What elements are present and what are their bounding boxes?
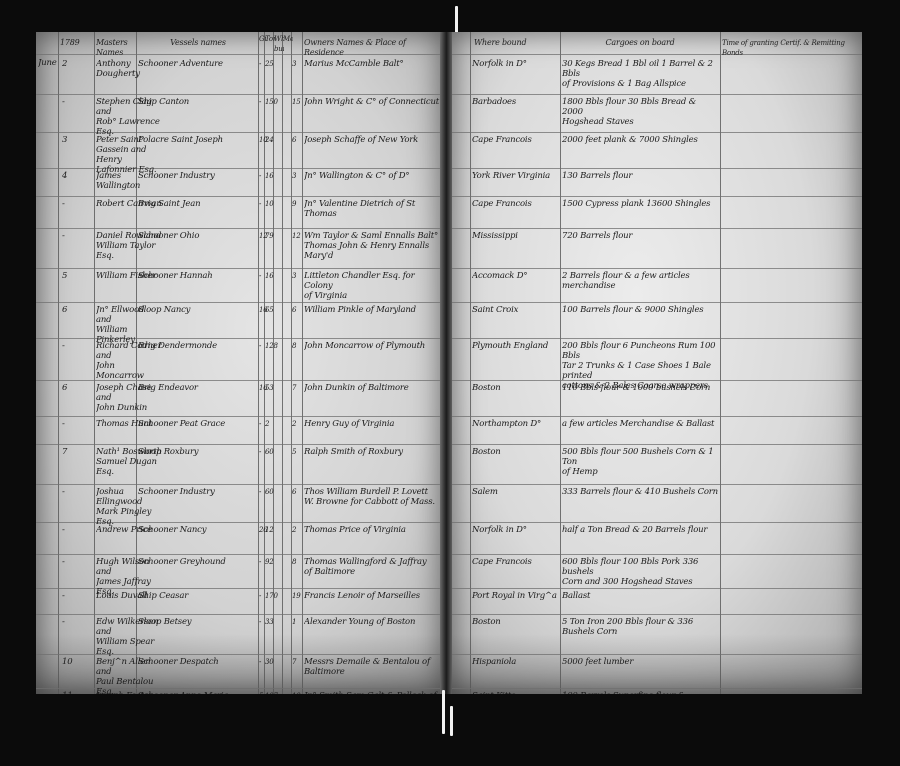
where-bound-value: Cape Francois [472,557,560,567]
tons-value: 150 [265,97,279,107]
row-rule [452,416,862,417]
entry-day: - [62,525,92,535]
tons-value: 16 [265,271,279,281]
where-bound-value: Mississippi [472,231,560,241]
tons-value: 53 [265,383,279,393]
where-bound-value: Boston [472,447,560,457]
vessel-name: Polacre Saint Joseph [138,135,256,145]
where-bound-value: Salem [472,487,560,497]
vessel-name: Brig Saint Jean [138,199,256,209]
where-bound-value: Plymouth England [472,341,560,351]
men-value: 10 [292,691,302,694]
vessel-name: Sloop Roxbury [138,447,256,457]
row-rule [452,132,862,133]
men-value: 2 [292,419,302,429]
where-bound-value: Barbadoes [472,97,560,107]
vessel-name: Ship Ceasar [138,591,256,601]
owners-value: Thomas Price of Virginia [304,525,440,535]
row-rule [452,94,862,95]
header-where-bound: Where bound [474,38,560,48]
men-value: 15 [292,97,302,107]
row-rule [452,588,862,589]
row-rule [36,484,442,485]
row-rule [452,554,862,555]
vessel-name: Schooner Adventure [138,59,256,69]
month-label: June [38,58,58,68]
where-bound-value: Boston [472,383,560,393]
header-men: Men [283,34,293,44]
men-value: 3 [292,59,302,69]
row-rule [452,522,862,523]
men-value: 8 [292,557,302,567]
row-rule [452,228,862,229]
where-bound-value: York River Virginia [472,171,560,181]
owners-value: Marius McCamble Balt° [304,59,440,69]
entry-day: - [62,487,92,497]
vessel-name: Schooner Peat Grace [138,419,256,429]
header-vessels-names: Vessels names [140,38,256,48]
men-value: 3 [292,171,302,181]
men-value: 9 [292,199,302,209]
tons-value: 12 [265,525,279,535]
row-rule [36,196,442,197]
tons-value: 65 [265,305,279,315]
entry-day: - [62,199,92,209]
tons-value: 92 [265,557,279,567]
where-bound-value: Boston [472,617,560,627]
tons-value: 16 [265,171,279,181]
vessel-name: Schooner Hannah [138,271,256,281]
header-owners: Owners Names & Place of Residence [304,38,440,58]
men-value: 5 [292,447,302,457]
where-bound-value: Cape Francois [472,135,560,145]
vessel-name: Schooner Despatch [138,657,256,667]
row-rule [452,302,862,303]
men-value: 3 [292,271,302,281]
tons-value: 60 [265,447,279,457]
where-bound-value: Saint Croix [472,305,560,315]
entry-day: - [62,591,92,601]
men-value: 7 [292,657,302,667]
cargo-value: half a Ton Bread & 20 Barrels flour [562,525,718,535]
page-clip-top [455,6,458,34]
tons-value: 79 [265,231,279,241]
cargo-value: 1500 Cypress plank 13600 Shingles [562,199,718,209]
tons-value: 30 [265,657,279,667]
vessel-name: Schooner Nancy [138,525,256,535]
owners-value: Jn° Valentine Dietrich of St Thomas [304,199,440,219]
cargo-value: 2000 feet plank & 7000 Shingles [562,135,718,145]
row-rule [452,168,862,169]
where-bound-value: Northampton D° [472,419,560,429]
cargo-value: 333 Barrels flour & 410 Bushels Corn [562,487,718,497]
row-rule [36,554,442,555]
owners-value: Jn° Smith Sam Galt & Pollock of Balt° [304,691,440,694]
header-masters-names: Masters Names [96,38,136,58]
owners-value: John Wright & C° of Connecticut [304,97,440,107]
cargo-value: 500 Bbls flour 500 Bushels Corn & 1 Ton … [562,447,718,477]
row-rule [452,268,862,269]
owners-value: Francis Lenoir of Marseilles [304,591,440,601]
owners-value: John Dunkin of Baltimore [304,383,440,393]
where-bound-value: Norfolk in D° [472,59,560,69]
vessel-name: Sloop Betsey [138,617,256,627]
row-rule [452,484,862,485]
entry-day: - [62,557,92,567]
row-rule [36,614,442,615]
cargo-value: 5 Ton Iron 200 Bbls flour & 336 Bushels … [562,617,718,637]
where-bound-value: Hispaniola [472,657,560,667]
men-value: 7 [292,383,302,393]
row-rule [36,94,442,95]
owners-value: Messrs Demaile & Bentalou of Baltimore [304,657,440,677]
cargo-value: 720 Barrels flour [562,231,718,241]
men-value: 19 [292,591,302,601]
vessel-name: Schooner Ohio [138,231,256,241]
cargo-value: 30 Kegs Bread 1 Bbl oil 1 Barrel & 2 Bbl… [562,59,718,89]
cargo-value: 1800 Bbls flour 30 Bbls Bread & 2000 Hog… [562,97,718,127]
tons-value: 107 [265,691,279,694]
where-bound-value: Port Royal in Virg^a [472,591,560,601]
cargo-value: 100 Barrels Superfine flour & 521 Barrel… [562,691,718,694]
cargo-value: 100 Barrels flour & 9000 Shingles [562,305,718,315]
owners-value: Littleton Chandler Esq. for Colony of Vi… [304,271,440,301]
entry-day: - [62,617,92,627]
row-rule [452,444,862,445]
entry-day: 5 [62,271,92,281]
row-rule [452,338,862,339]
tons-value: 25 [265,59,279,69]
entry-day: - [62,419,92,429]
tons-value: 24 [265,135,279,145]
entry-day: 6 [62,383,92,393]
entry-day: - [62,341,92,351]
owners-value: Jn° Wallington & C° of D° [304,171,440,181]
tons-value: 170 [265,591,279,601]
row-rule [452,614,862,615]
cargo-value: 600 Bbls flour 100 Bbls Pork 336 bushels… [562,557,718,587]
vessel-name: Schooner Greyhound [138,557,256,567]
entry-day: 7 [62,447,92,457]
where-bound-value: Accomack D° [472,271,560,281]
tons-value: 33 [265,617,279,627]
entry-day: 10 [62,657,92,667]
entry-day: - [62,231,92,241]
entry-day: - [62,97,92,107]
cargo-value: 110 Bbls flour & 1000 bushels Corn [562,383,718,393]
cargo-value: 2 Barrels flour & a few articles merchan… [562,271,718,291]
row-rule [36,302,442,303]
header-remarks: Time of granting Certif. & Remitting Bon… [722,38,860,58]
vessel-name: Schooner Industry [138,171,256,181]
men-value: 12 [292,231,302,241]
row-rule [36,416,442,417]
tons-value: 2 [265,419,279,429]
entry-day: 11 [62,691,92,694]
owners-value: Joseph Schaffe of New York [304,135,440,145]
row-rule [452,196,862,197]
vessel-name: Schooner Industry [138,487,256,497]
tons-value: 60 [265,487,279,497]
entry-day: 4 [62,171,92,181]
tons-value: 10 [265,199,279,209]
owners-value: Ralph Smith of Roxbury [304,447,440,457]
where-bound-value: Norfolk in D° [472,525,560,535]
page-clip-bottom-left [442,690,445,734]
where-bound-value: Saint Kitts [472,691,560,694]
cargo-value: 130 Barrels flour [562,171,718,181]
cargo-value: Ballast [562,591,718,601]
vessel-name: Brig Dendermonde [138,341,256,351]
header-year: 1789 [60,38,94,48]
header-cargoes: Cargoes on board [562,38,718,48]
page-clip-bottom-right [450,706,453,736]
men-value: 6 [292,487,302,497]
owners-value: John Moncarrow of Plymouth [304,341,440,351]
owners-value: Alexander Young of Boston [304,617,440,627]
vessel-name: Sloop Nancy [138,305,256,315]
ledger-left-page: 1789Masters NamesVessels namesGunsTonsWh… [36,32,442,694]
owners-value: Henry Guy of Virginia [304,419,440,429]
owners-value: Wm Taylor & Saml Ennalls Balt° Thomas Jo… [304,231,440,261]
vessel-name: Schooner Anne Maria [138,691,256,694]
entry-day: 6 [62,305,92,315]
owners-value: Thomas Wallingford & Jaffray of Baltimor… [304,557,440,577]
row-rule [452,688,862,689]
entry-day: 3 [62,135,92,145]
entry-day: 2 [62,59,92,69]
men-value: 6 [292,135,302,145]
where-bound-value: Cape Francois [472,199,560,209]
owners-value: William Pinkle of Maryland [304,305,440,315]
row-rule [452,654,862,655]
men-value: 6 [292,305,302,315]
men-value: 8 [292,341,302,351]
cargo-value: 5000 feet lumber [562,657,718,667]
men-value: 2 [292,525,302,535]
row-rule [36,268,442,269]
vessel-name: Ship Canton [138,97,256,107]
men-value: 1 [292,617,302,627]
tons-value: 128 [265,341,279,351]
owners-value: Thos William Burdell P. Lovett W. Browne… [304,487,440,507]
row-rule [36,228,442,229]
vessel-name: Brig Endeavor [138,383,256,393]
cargo-value: a few articles Merchandise & Ballast [562,419,718,429]
ledger-right-page: Where boundCargoes on boardTime of grant… [452,32,862,694]
row-rule [36,444,442,445]
